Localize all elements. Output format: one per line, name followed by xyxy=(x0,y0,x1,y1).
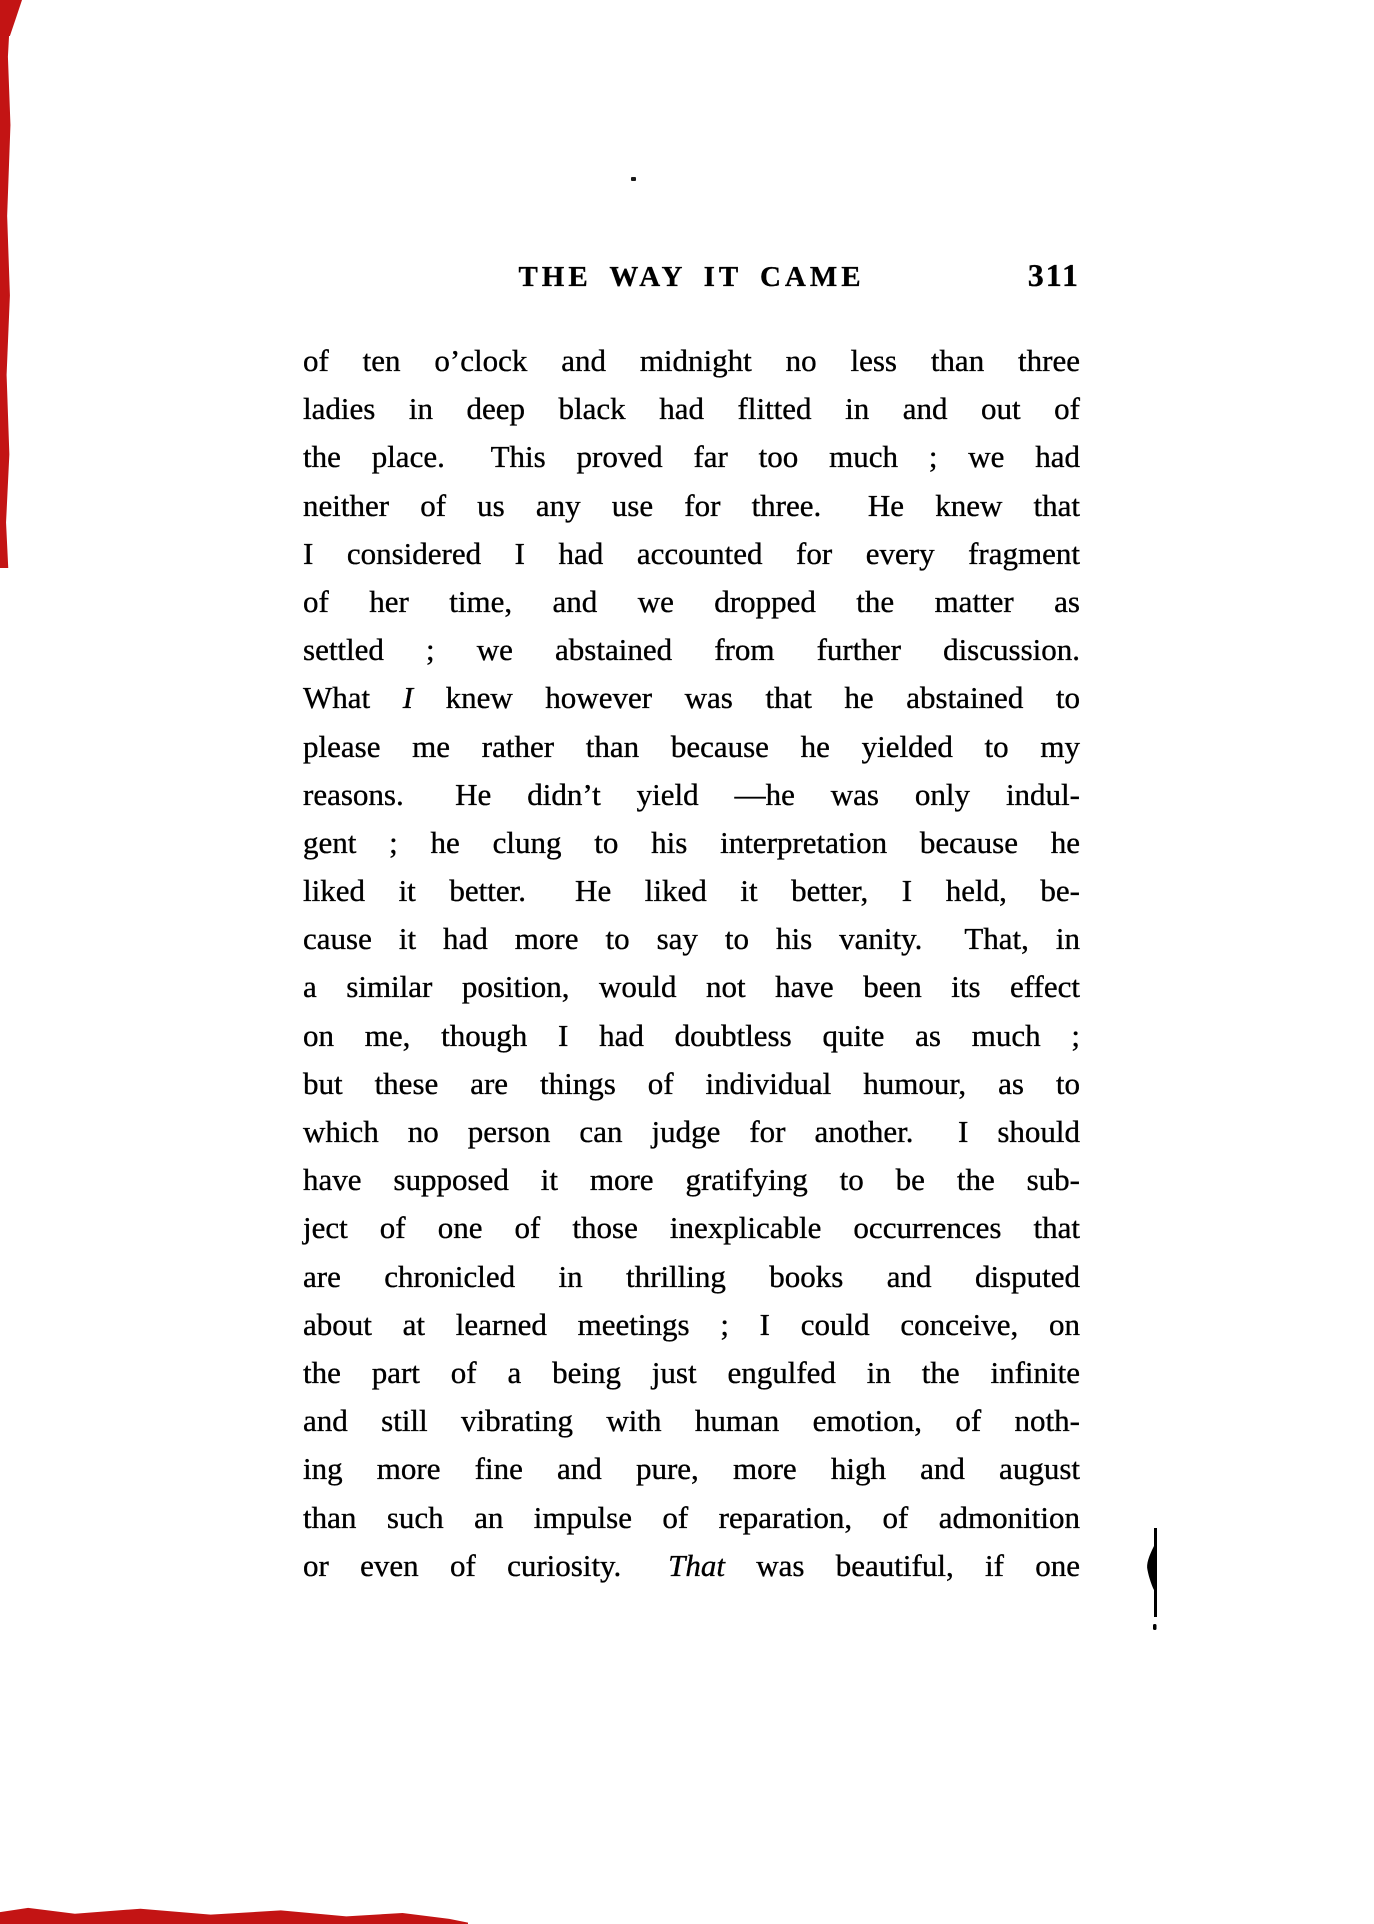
text-line: have supposed it more gratifying to be t… xyxy=(303,1156,1080,1204)
text-line: a similar position, would not have been … xyxy=(303,963,1080,1011)
text-line: cause it had more to say to his vanity. … xyxy=(303,915,1080,963)
text-line: What I knew however was that he abstaine… xyxy=(303,674,1080,722)
text-line: which no person can judge for another. I… xyxy=(303,1108,1080,1156)
text-line: the place. This proved far too much ; we… xyxy=(303,433,1080,481)
text-line: on me, though I had doubtless quite as m… xyxy=(303,1012,1080,1060)
text-line: of her time, and we dropped the matter a… xyxy=(303,578,1080,626)
text-line: are chronicled in thrilling books and di… xyxy=(303,1253,1080,1301)
text-line: I considered I had accounted for every f… xyxy=(303,530,1080,578)
page-title: THE WAY IT CAME xyxy=(303,261,1080,294)
print-speck xyxy=(631,177,636,181)
body-text: of ten o’clock and midnight no less than… xyxy=(303,337,1080,1590)
text-line: liked it better. He liked it better, I h… xyxy=(303,867,1080,915)
running-head: THE WAY IT CAME 311 xyxy=(303,261,1080,303)
text-line: ing more fine and pure, more high and au… xyxy=(303,1445,1080,1493)
text-line: or even of curiosity. That was beautiful… xyxy=(303,1542,1080,1590)
text-line: please me rather than because he yielded… xyxy=(303,723,1080,771)
text-line: settled ; we abstained from further disc… xyxy=(303,626,1080,674)
text-line: reasons. He didn’t yield —he was only in… xyxy=(303,771,1080,819)
text-line: ject of one of those inexplicable occurr… xyxy=(303,1204,1080,1252)
text-line: the part of a being just engulfed in the… xyxy=(303,1349,1080,1397)
text-line: ladies in deep black had flitted in and … xyxy=(303,385,1080,433)
text-line: of ten o’clock and midnight no less than… xyxy=(303,337,1080,385)
text-line: than such an impulse of reparation, of a… xyxy=(303,1494,1080,1542)
text-line: about at learned meetings ; I could conc… xyxy=(303,1301,1080,1349)
scan-edge-left xyxy=(0,0,11,568)
scan-edge-bottom xyxy=(0,1907,468,1924)
book-page-scan: THE WAY IT CAME 311 of ten o’clock and m… xyxy=(0,0,1374,1924)
text-line: gent ; he clung to his interpretation be… xyxy=(303,819,1080,867)
text-line: and still vibrating with human emotion, … xyxy=(303,1397,1080,1445)
ink-mark-artifact xyxy=(1146,1528,1160,1634)
text-line: neither of us any use for three. He knew… xyxy=(303,482,1080,530)
text-line: but these are things of individual humou… xyxy=(303,1060,1080,1108)
page-number: 311 xyxy=(1028,257,1080,294)
